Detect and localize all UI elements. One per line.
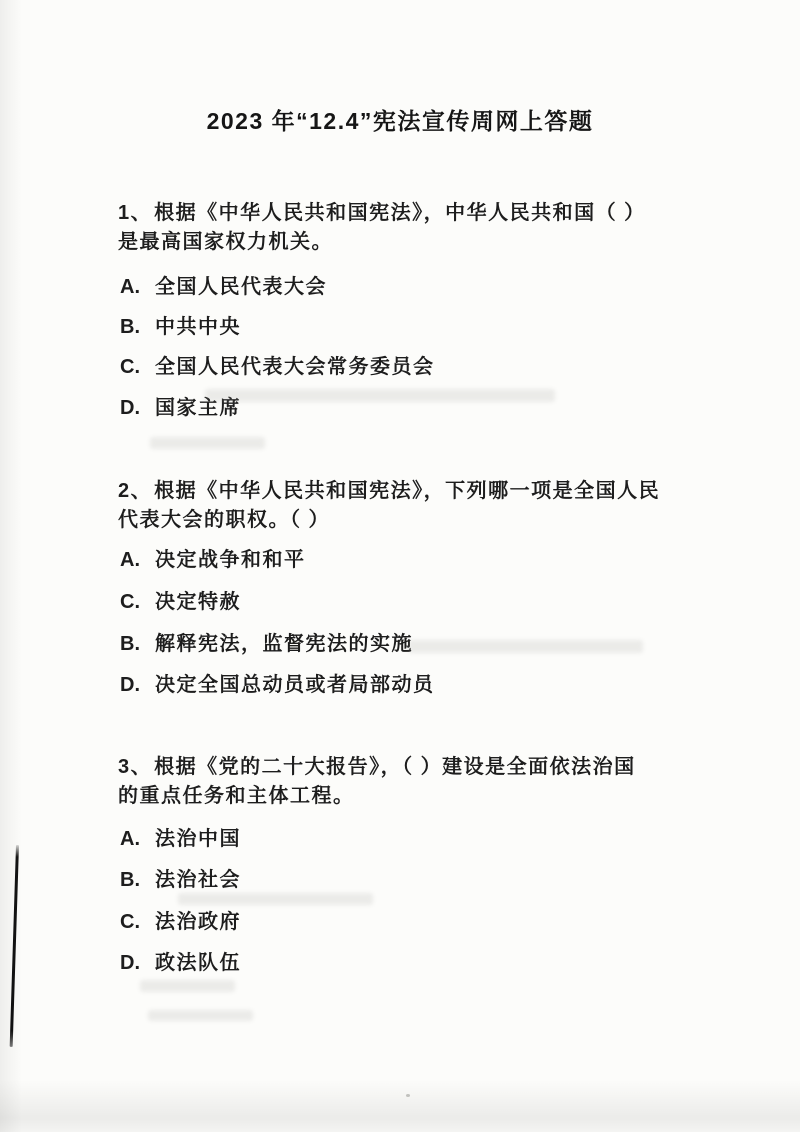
- option-label: A.: [120, 549, 142, 572]
- question-3-line-2: 的重点任务和主体工程。: [118, 779, 355, 808]
- question-1-text: 根据《中华人民共和国宪法》，中华人民共和国（ ）: [154, 202, 646, 224]
- question-1-line-2: 是最高国家权力机关。: [118, 225, 333, 254]
- question-2-option-2: C. 决定特赦: [120, 585, 241, 614]
- option-label: B.: [120, 633, 142, 656]
- option-label: C.: [120, 356, 142, 379]
- option-text: 法治社会: [155, 863, 241, 892]
- question-3-option-c: C. 法治政府: [120, 905, 241, 934]
- bleedthrough-smudge: [148, 1010, 253, 1021]
- bleedthrough-smudge: [178, 893, 373, 905]
- question-2-line-1: 2、根据《中华人民共和国宪法》，下列哪一项是全国人民: [118, 474, 660, 503]
- question-2-number: 2、: [118, 480, 152, 502]
- question-2-option-4: D. 决定全国总动员或者局部动员: [120, 668, 435, 697]
- bleedthrough-smudge: [408, 640, 643, 653]
- bleedthrough-smudge: [140, 980, 235, 992]
- question-3-number: 3、: [118, 756, 152, 778]
- option-label: B.: [120, 869, 142, 892]
- option-text: 决定全国总动员或者局部动员: [155, 668, 435, 697]
- option-text: 政法队伍: [155, 946, 241, 975]
- option-label: C.: [120, 911, 142, 934]
- option-text: 中共中央: [155, 310, 241, 339]
- option-label: D.: [120, 674, 142, 697]
- question-3-option-b: B. 法治社会: [120, 863, 241, 892]
- question-2-option-1: A. 决定战争和和平: [120, 543, 306, 572]
- bleedthrough-smudge: [150, 437, 265, 449]
- question-1-line-1: 1、根据《中华人民共和国宪法》，中华人民共和国（ ）: [118, 196, 646, 225]
- option-label: A.: [120, 828, 142, 851]
- question-2-option-3: B. 解释宪法，监督宪法的实施: [120, 627, 413, 656]
- option-label: B.: [120, 316, 142, 339]
- option-text: 法治中国: [155, 822, 241, 851]
- scanned-document-page: 2023 年“12.4”宪法宣传周网上答题 1、根据《中华人民共和国宪法》，中华…: [0, 0, 800, 1132]
- option-text: 全国人民代表大会: [155, 270, 327, 299]
- option-label: D.: [120, 397, 142, 420]
- question-1-option-b: B. 中共中央: [120, 310, 241, 339]
- question-3-option-d: D. 政法队伍: [120, 946, 241, 975]
- scan-speck: [406, 1094, 410, 1097]
- question-3-option-a: A. 法治中国: [120, 822, 241, 851]
- option-text: 决定特赦: [155, 585, 241, 614]
- question-3-line-1: 3、根据《党的二十大报告》，（ ）建设是全面依法治国: [118, 750, 636, 779]
- scan-edge-line: [10, 845, 19, 1047]
- question-3-text: 根据《党的二十大报告》，（ ）建设是全面依法治国: [154, 756, 636, 778]
- option-label: D.: [120, 952, 142, 975]
- question-1-option-a: A. 全国人民代表大会: [120, 270, 327, 299]
- option-text: 解释宪法，监督宪法的实施: [155, 627, 413, 656]
- option-text: 决定战争和和平: [155, 543, 306, 572]
- bleedthrough-smudge: [205, 389, 555, 402]
- option-text: 法治政府: [155, 905, 241, 934]
- question-1-number: 1、: [118, 202, 152, 224]
- page-title: 2023 年“12.4”宪法宣传周网上答题: [0, 103, 800, 136]
- question-2-text: 根据《中华人民共和国宪法》，下列哪一项是全国人民: [154, 480, 660, 502]
- option-text: 全国人民代表大会常务委员会: [155, 350, 435, 379]
- question-1-option-c: C. 全国人民代表大会常务委员会: [120, 350, 435, 379]
- question-2-line-2: 代表大会的职权。（ ）: [118, 503, 330, 532]
- option-label: A.: [120, 276, 142, 299]
- option-label: C.: [120, 591, 142, 614]
